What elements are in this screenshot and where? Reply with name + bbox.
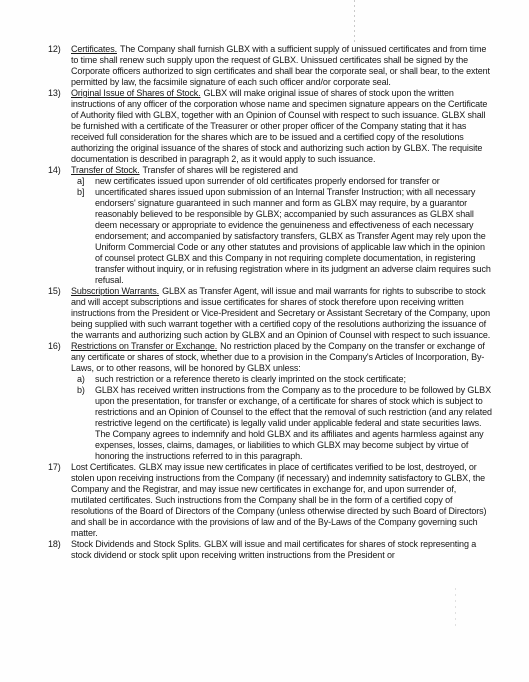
paragraph-heading: Certificates. xyxy=(71,44,117,54)
paragraph-number: 18) xyxy=(48,539,71,561)
paragraph-heading: Original Issue of Shares of Stock. xyxy=(71,88,200,98)
numbered-paragraph: 16) Restrictions on Transfer or Exchange… xyxy=(48,341,492,462)
numbered-paragraph: 14) Transfer of Stock.Transfer of shares… xyxy=(48,165,492,286)
paragraph-number: 12) xyxy=(48,44,71,88)
paragraph-content: Subscription Warrants.GLBX as Transfer A… xyxy=(71,286,492,341)
numbered-paragraph: 15) Subscription Warrants.GLBX as Transf… xyxy=(48,286,492,341)
paragraph-heading: Lost Certificates. xyxy=(71,462,136,472)
scan-artifact-line-bottom xyxy=(455,588,456,626)
paragraph-text: Transfer of shares will be registered an… xyxy=(143,165,298,175)
paragraph-text: The Company shall furnish GLBX with a su… xyxy=(71,44,490,87)
subitem: a] new certificates issued upon surrende… xyxy=(71,176,492,187)
paragraph-number: 14) xyxy=(48,165,71,286)
subitem: b) GLBX has received written instruction… xyxy=(71,385,492,462)
paragraph-content: Lost Certificates.GLBX may issue new cer… xyxy=(71,462,492,539)
paragraph-heading: Restrictions on Transfer or Exchange. xyxy=(71,341,217,351)
paragraph-text: GLBX may issue new certificates in place… xyxy=(71,462,486,538)
numbered-paragraph: 17) Lost Certificates.GLBX may issue new… xyxy=(48,462,492,539)
paragraph-heading: Subscription Warrants. xyxy=(71,286,159,296)
subitem-marker: b) xyxy=(71,385,95,462)
paragraph-content: Original Issue of Shares of Stock.GLBX w… xyxy=(71,88,492,165)
scan-artifact-line-top xyxy=(354,0,355,42)
numbered-paragraph: 12) Certificates.The Company shall furni… xyxy=(48,44,492,88)
paragraph-content: Restrictions on Transfer or Exchange.No … xyxy=(71,341,492,462)
subitem-text: GLBX has received written instructions f… xyxy=(95,385,492,462)
paragraph-content: Stock Dividends and Stock Splits.GLBX wi… xyxy=(71,539,492,561)
subitem-marker: b] xyxy=(71,187,95,286)
subitem-marker: a] xyxy=(71,176,95,187)
subitem: a) such restriction or a reference there… xyxy=(71,374,492,385)
subitem-marker: a) xyxy=(71,374,95,385)
document-body: 12) Certificates.The Company shall furni… xyxy=(48,44,492,561)
subitem-text: new certificates issued upon surrender o… xyxy=(95,176,492,187)
paragraph-heading: Transfer of Stock. xyxy=(71,165,140,175)
paragraph-number: 13) xyxy=(48,88,71,165)
subitem-text: such restriction or a reference thereto … xyxy=(95,374,492,385)
paragraph-content: Certificates.The Company shall furnish G… xyxy=(71,44,492,88)
paragraph-content: Transfer of Stock.Transfer of shares wil… xyxy=(71,165,492,286)
subitem-text: uncertificated shares issued upon submis… xyxy=(95,187,492,286)
paragraph-heading: Stock Dividends and Stock Splits. xyxy=(71,539,201,549)
subitem-list: a] new certificates issued upon surrende… xyxy=(71,176,492,286)
numbered-paragraph: 13) Original Issue of Shares of Stock.GL… xyxy=(48,88,492,165)
subitem: b] uncertificated shares issued upon sub… xyxy=(71,187,492,286)
numbered-paragraph: 18) Stock Dividends and Stock Splits.GLB… xyxy=(48,539,492,561)
paragraph-text: GLBX will make original issue of shares … xyxy=(71,88,487,164)
subitem-list: a) such restriction or a reference there… xyxy=(71,374,492,462)
document-page: 12) Certificates.The Company shall furni… xyxy=(0,0,529,682)
paragraph-number: 15) xyxy=(48,286,71,341)
paragraph-number: 16) xyxy=(48,341,71,462)
paragraph-number: 17) xyxy=(48,462,71,539)
